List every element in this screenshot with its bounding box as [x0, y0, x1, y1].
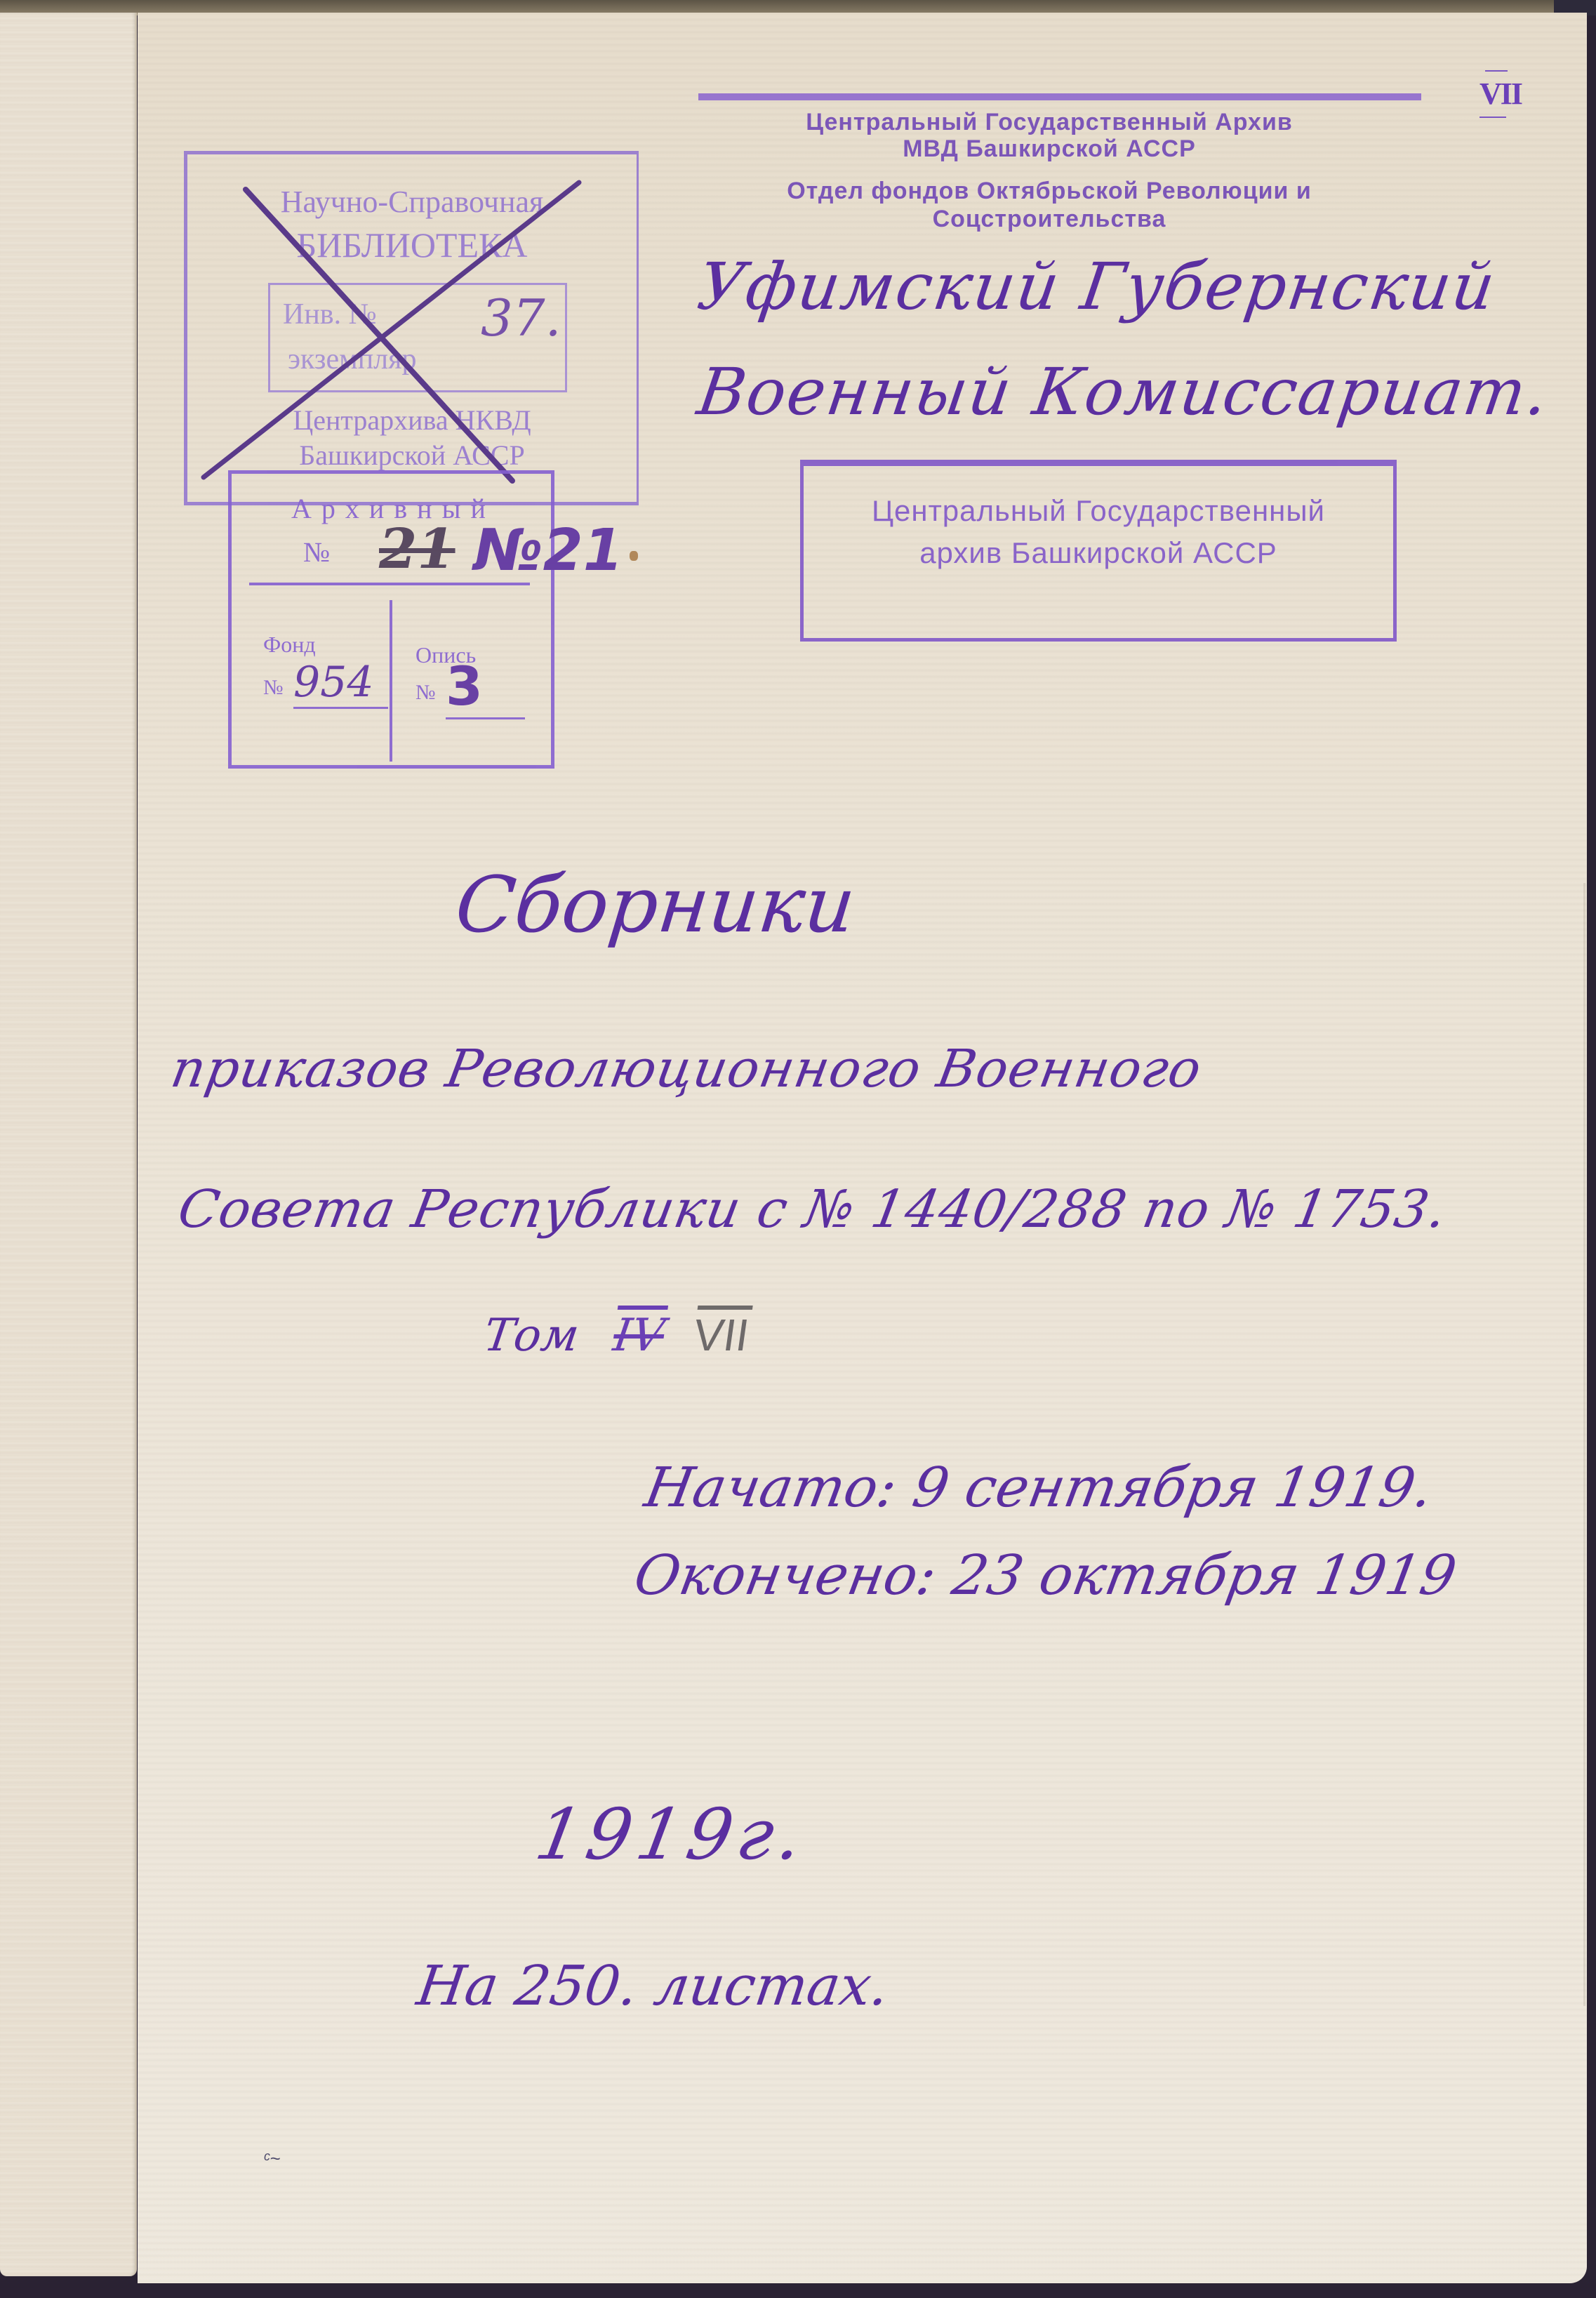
page-fold: [1583, 883, 1585, 2006]
pencil-mark-icon: ᶜ~: [263, 2148, 280, 2170]
archive-number: №21: [474, 517, 623, 584]
year: 1919г.: [530, 1793, 814, 1875]
archive-department-stamp: Центральный Государственный Архив МВД Ба…: [698, 88, 1428, 242]
struck-archive-number: 21: [379, 517, 455, 581]
cross-out-mark-icon: [189, 165, 639, 484]
fond-number-sign: №: [263, 676, 284, 700]
corner-volume-numeral: VII: [1479, 76, 1522, 112]
archive-number-stamp: Архивный № 21 №21 Фонд № 954 Опись № 3: [228, 470, 554, 769]
end-date: Окончено: 23 октября 1919: [630, 1544, 1461, 1607]
stamp-line: архив Башкирской АССР: [804, 536, 1393, 570]
heading-line-1: Уфимский Губернский: [693, 249, 1501, 324]
stamp-line: Центральный Государственный: [804, 494, 1393, 528]
stamp-line: Отдел фондов Октябрьской Революции и: [698, 178, 1400, 205]
stamp-line: МВД Башкирской АССР: [698, 135, 1400, 163]
ink-stain: [630, 551, 638, 561]
description-line-1: приказов Революционного Военного: [166, 1039, 1206, 1099]
start-date: Начато: 9 сентября 1919.: [640, 1456, 1437, 1520]
volume-struck-number: IV: [610, 1310, 667, 1362]
central-archive-stamp: Центральный Государственный архив Башкир…: [800, 460, 1397, 642]
heading-line-2: Военный Комиссариат.: [693, 354, 1554, 430]
number-sign: №: [303, 536, 330, 569]
opis-number-sign: №: [415, 681, 436, 705]
binding-strip: [0, 13, 137, 2276]
volume-line: Том IV VII: [481, 1309, 752, 1362]
document-title: Сборники: [451, 860, 859, 950]
sheet-count: На 250. листах.: [413, 1955, 893, 2018]
stamp-divider: [390, 600, 392, 762]
volume-label: Том: [481, 1310, 583, 1362]
volume-pencil-number: VII: [690, 1310, 752, 1360]
fond-label: Фонд: [263, 632, 316, 658]
stamp-divider: [249, 583, 530, 585]
stamp-line: Центральный Государственный Архив: [698, 109, 1400, 136]
stamp-rule-top: [698, 93, 1421, 100]
fond-number: 954: [293, 658, 388, 709]
description-line-2: Совета Республики с № 1440/288 по № 1753…: [173, 1179, 1451, 1240]
opis-number: 3: [446, 655, 525, 719]
stamp-line: Соцстроительства: [698, 206, 1400, 233]
